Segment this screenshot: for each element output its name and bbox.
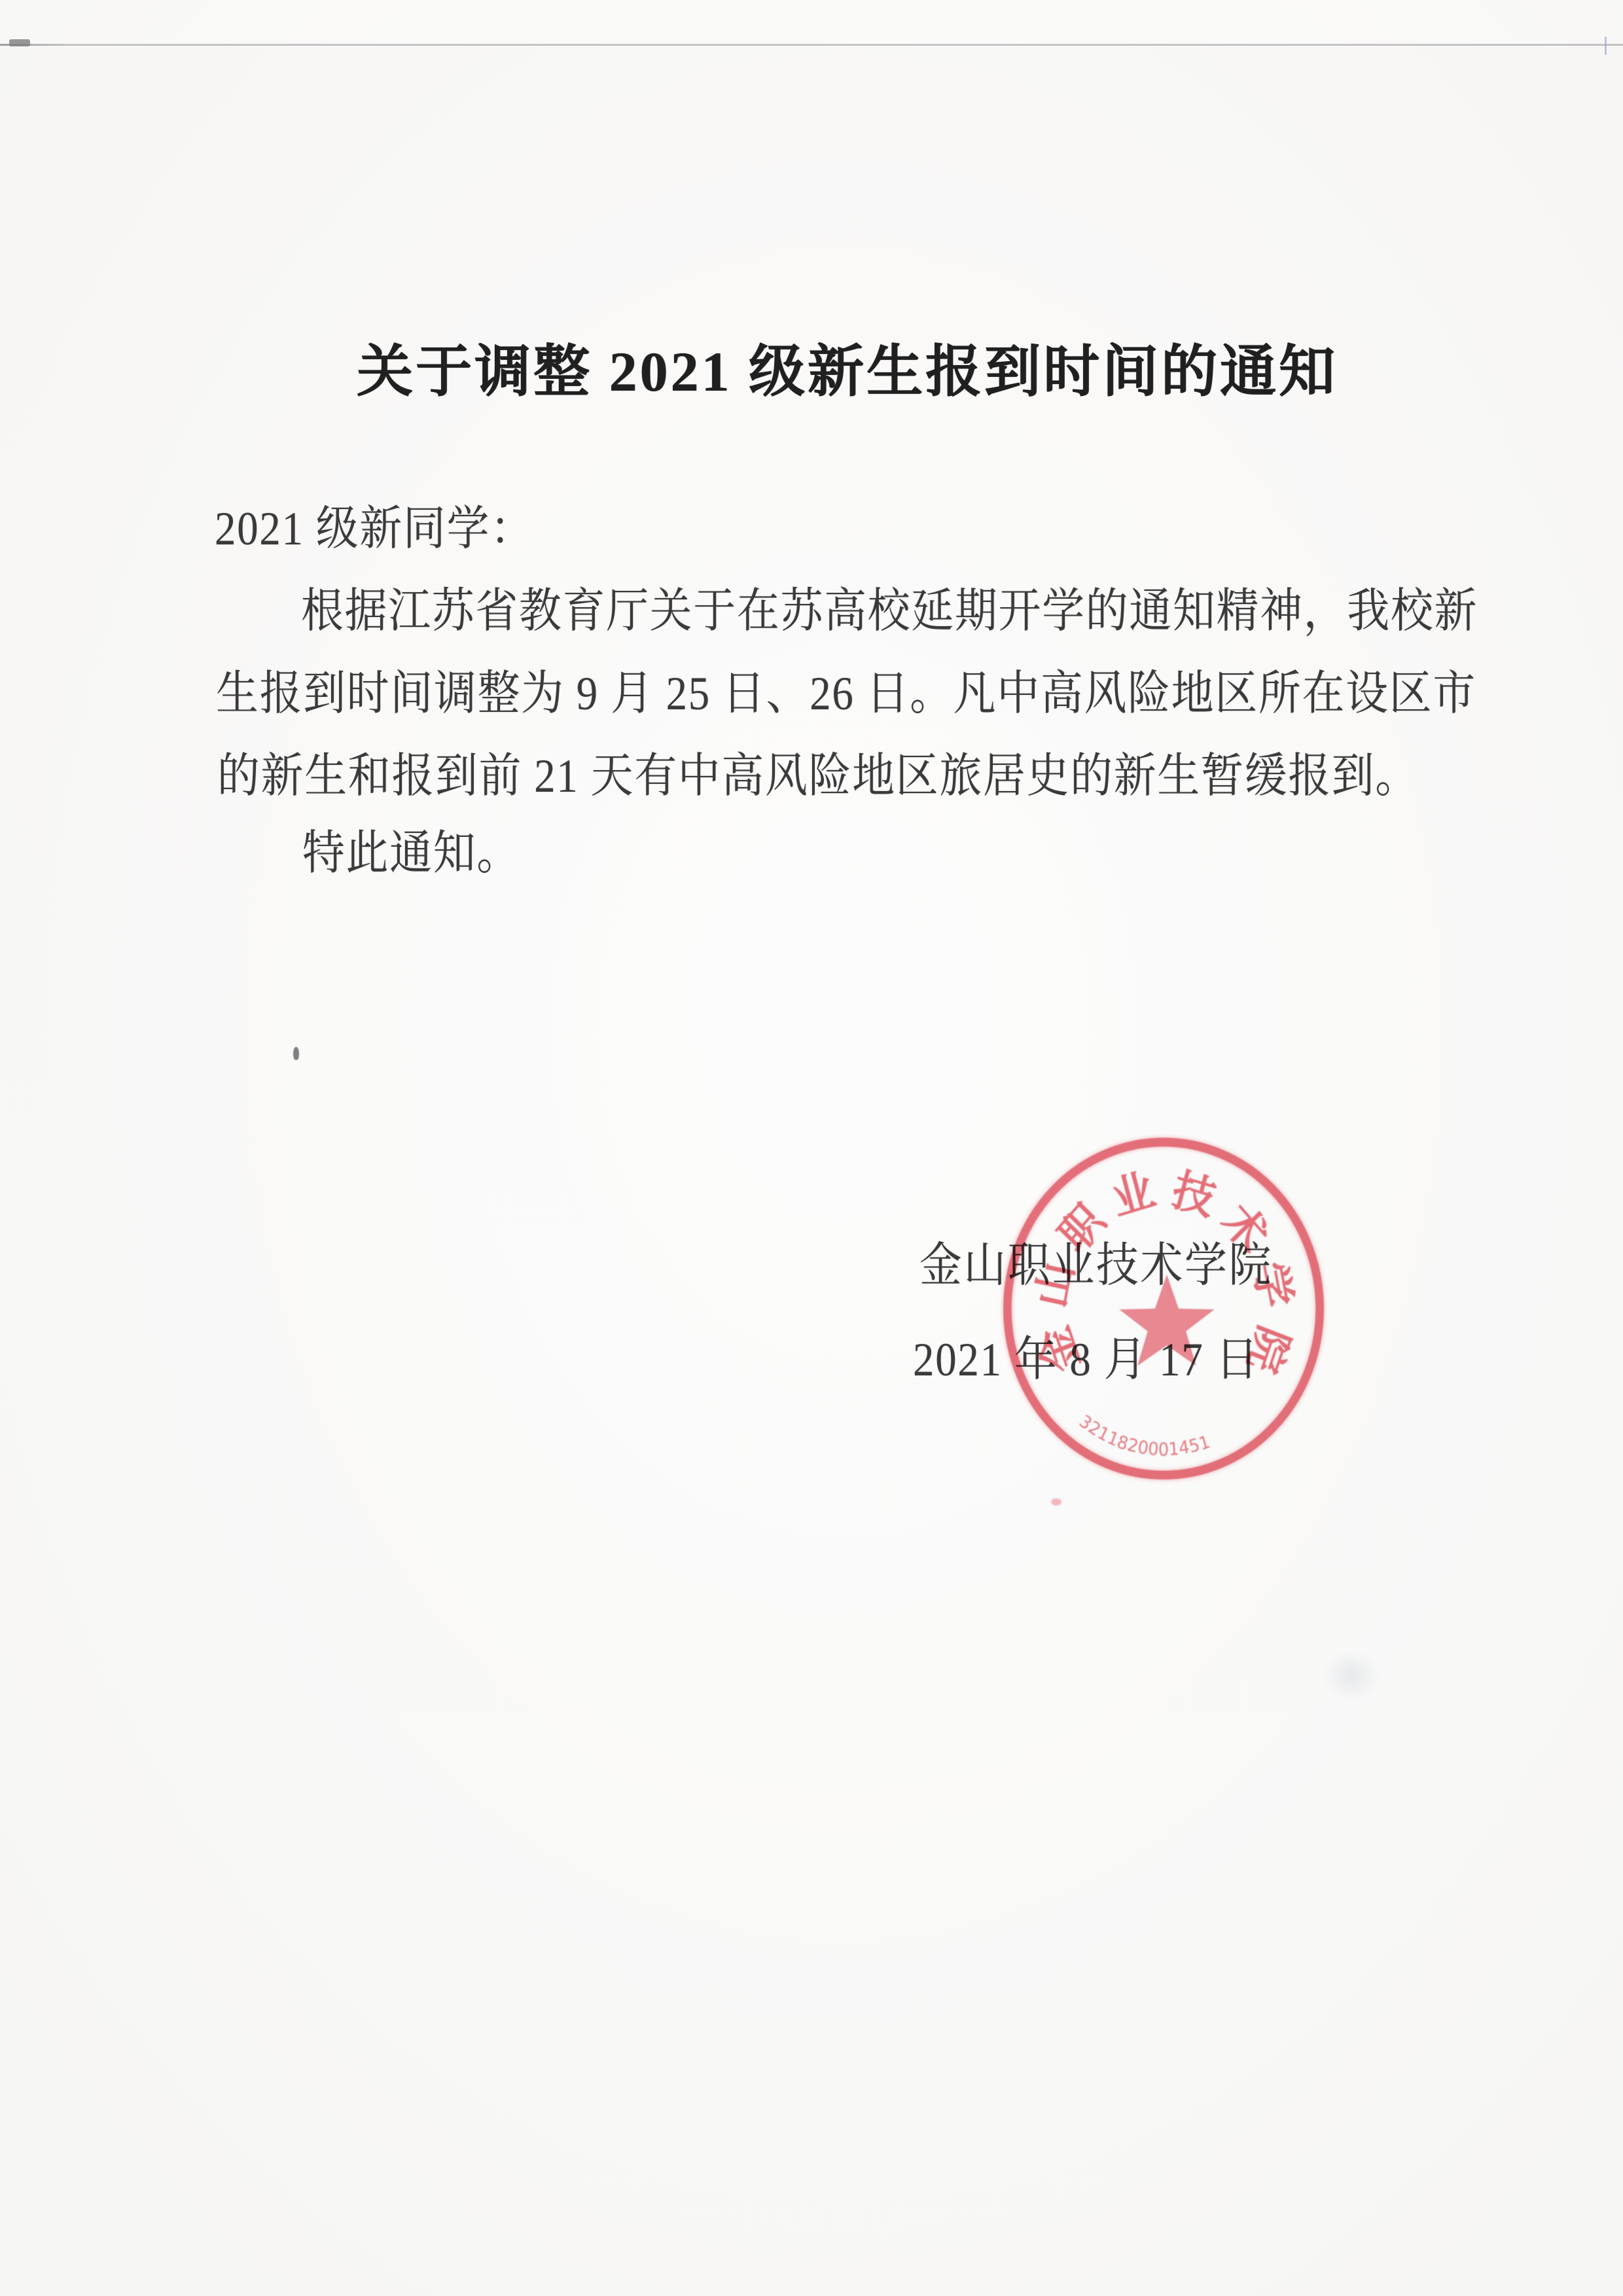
stamp-arc-char: 学 (1245, 1250, 1308, 1318)
body-line-2: 生报到时间调整为 9 月 25 日、26 日。凡中高风险地区所在设区市 (216, 669, 1476, 720)
closing-line: 特此通知。 (302, 828, 520, 879)
scanned-notice-page: 关于调整 2021 级新生报到时间的通知 2021 级新同学： 根据江苏省教育厅… (0, 0, 1623, 2296)
scan-blue-tick (1605, 37, 1607, 55)
body-line-1: 根据江苏省教育厅关于在苏高校延期开学的通知精神，我校新 (301, 586, 1478, 637)
scan-pink-speck (1051, 1498, 1061, 1506)
stamp-star-icon (1117, 1275, 1217, 1375)
body-line-3: 的新生和报到前 21 天有中高风险地区旅居史的新生暂缓报到。 (217, 751, 1419, 802)
scan-edge-blob (9, 39, 30, 46)
scan-edge-line (0, 44, 1623, 46)
stamp-arc-char: 山 (1019, 1250, 1082, 1318)
salutation-line: 2021 级新同学： (215, 504, 534, 555)
scan-ink-speck (293, 1047, 299, 1060)
notice-title: 关于调整 2021 级新生报到时间的通知 (357, 326, 1338, 407)
scan-faint-blob (1322, 1649, 1381, 1701)
official-stamp: 金山职业技术学院 3211820001451 (1003, 1138, 1324, 1480)
